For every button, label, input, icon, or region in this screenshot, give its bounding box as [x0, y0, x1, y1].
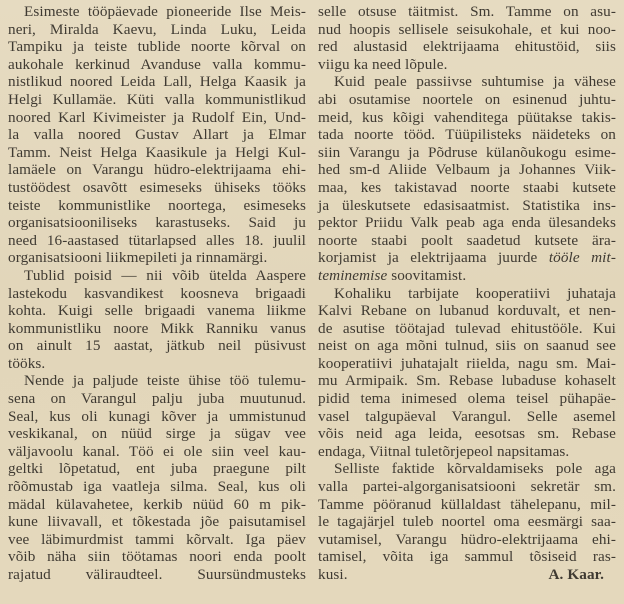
line-text: korjamist ja elektrijaama juurde: [318, 249, 537, 266]
text-line: pektor Priidu Valk peab aga enda ülesand…: [318, 214, 616, 232]
text-line: maa, kes takistavad noorte staabi kutset…: [318, 179, 616, 197]
line-text: lastekodu kasvandikest koosneva brigaadi: [8, 285, 306, 302]
line-text: abi osutamise noortele on esinenud juhtu…: [318, 91, 616, 108]
line-text: mädal külavahetee, kerkib nüüd 60 m pik-: [8, 496, 306, 513]
line-text: nistlikud noored Leida Lall, Helga Kaasi…: [8, 73, 306, 90]
text-line: rajatud väliraudteel. Suursündmusteks: [8, 566, 306, 584]
text-line: teiste kommunistlike noortega, esimeseks: [8, 197, 306, 215]
newspaper-page: Esimeste tööpäevade pioneeride Ilse Meis…: [0, 0, 624, 604]
text-line: rõõmustab iga vaatleja silma. Seal, kus …: [8, 478, 306, 496]
text-line: need 16-aastased tütarlapsed alles 18. j…: [8, 232, 306, 250]
line-text: kohta. Kuigi selle brigaadi vanema liikm…: [8, 302, 306, 319]
text-line: kooperatiivi juhatajalt riielda, nagu sm…: [318, 355, 616, 373]
text-line: la valla noored Gustav Allart ja Elmar: [8, 126, 306, 144]
line-text: Kohaliku tarbijate kooperatiivi juhataja: [334, 285, 616, 302]
line-text: Kalvi Rebane on lubanud korduvalt, et ne…: [318, 302, 616, 319]
text-line: selle otsuse täitmist. Sm. Tamme on asu-: [318, 3, 616, 21]
text-line: tööks.: [8, 355, 306, 373]
text-line: mädal külavahetee, kerkib nüüd 60 m pik-: [8, 496, 306, 514]
line-text: endaga, Viitnal tuletõrjepeol napsitamas…: [318, 443, 569, 460]
line-text: võis neid aga leida, eesotsas sm. Rebase: [318, 425, 616, 442]
line-text: le tagajärjel tuleb noortel oma eesmärgi…: [318, 513, 616, 530]
line-text: lamäele on Varangu hüdro-elektrijaama eh…: [8, 161, 306, 178]
line-text: aukohale kerkinud Avanduse valla kommu-: [8, 56, 306, 73]
line-text: vee läbimurdmist tammi kõrvalt. Iga päev: [8, 531, 306, 548]
line-text: soovitamist.: [387, 267, 466, 284]
line-text: valla partei-algorganisatsiooni sekretär…: [318, 478, 616, 495]
line-text: la valla noored Gustav Allart ja Elmar: [8, 126, 306, 143]
line-text: kooperatiivi juhatajalt riielda, nagu sm…: [318, 355, 616, 372]
text-line: abi osutamise noortele on esinenud juhtu…: [318, 91, 616, 109]
text-line: vee läbimurdmist tammi kõrvalt. Iga päev: [8, 531, 306, 549]
line-text: võib näha siin töötamas noori enda poolt: [8, 548, 306, 565]
text-line: sena on Varangul palju juba muutunud.: [8, 390, 306, 408]
line-text: Tublid poisid — nii võib ütelda Aaspere: [24, 267, 306, 284]
line-text: kusi.: [318, 566, 348, 583]
text-line: meid, kus kõigi vahenditega püütakse tak…: [318, 109, 616, 127]
line-text: Tamme pööranud küllaldast tähelepanu, mi…: [318, 496, 616, 513]
line-text: on ainult 15 aastat, jätkub neil püsivus…: [8, 337, 306, 354]
text-line: kusi.A. Kaar.: [318, 566, 616, 584]
line-text: organisatsiooniliseks karastuseks. Said …: [8, 214, 306, 231]
line-text: organisatsiooni liikmepileti ja rinnamär…: [8, 249, 267, 266]
text-line: siin Varangu ja Põdruse külanõukogu esim…: [318, 144, 616, 162]
line-text: noorte staabi poolt saadetud kutsete ära…: [318, 232, 616, 249]
line-text: pidid tema inimesed olema teisel pühapäe…: [318, 390, 616, 407]
line-text: Tamm. Neist Helga Kaasikule ja Helgi Kul…: [8, 144, 306, 161]
text-line: organisatsiooniliseks karastuseks. Said …: [8, 214, 306, 232]
article-column-right: selle otsuse täitmist. Sm. Tamme on asu-…: [318, 3, 616, 584]
text-line: Tamme pööranud küllaldast tähelepanu, mi…: [318, 496, 616, 514]
line-text: sena on Varangul palju juba muutunud.: [8, 390, 306, 407]
line-text: tamisel, võita iga sammul tõsiseid ras-: [318, 548, 616, 565]
text-line: on ainult 15 aastat, jätkub neil püsivus…: [8, 337, 306, 355]
text-line: hed sm-d Aliide Velbaum ja Johannes Viik…: [318, 161, 616, 179]
line-text: noored Karl Kivimeister ja Rudolf Ein, U…: [8, 109, 306, 126]
line-text: maa, kes takistavad noorte staabi kutset…: [318, 179, 616, 196]
line-text: rõõmustab iga vaatleja silma. Seal, kus …: [8, 478, 306, 495]
line-text: de asutise töötajad tulevad ehitustööle.…: [318, 320, 616, 337]
line-text: veskikanal, on nüüd sirge ja sügav vee: [8, 425, 306, 442]
text-line: red alustasid elektrijaama ehitustöid, s…: [318, 38, 616, 56]
line-text: siin Varangu ja Põdruse külanõukogu esim…: [318, 144, 616, 161]
line-text: tada noorte tööd. Tüüpilisteks näideteks…: [318, 126, 616, 143]
text-line: tamisel, võita iga sammul tõsiseid ras-: [318, 548, 616, 566]
text-line: lastekodu kasvandikest koosneva brigaadi: [8, 285, 306, 303]
text-line: noored Karl Kivimeister ja Rudolf Ein, U…: [8, 109, 306, 127]
line-text: Kuid peale passiivse suhtumise ja vähese: [334, 73, 616, 90]
text-line: kommunistliku noore Mikk Ranniku vanus: [8, 320, 306, 338]
line-text: Esimeste tööpäevade pioneeride Ilse Meis…: [24, 3, 306, 20]
text-line: tada noorte tööd. Tüüpilisteks näideteks…: [318, 126, 616, 144]
text-line: Seal, kus oli kunagi kõver ja ummistunud: [8, 408, 306, 426]
text-line: nud hoopis sellisele seisukohale, et kui…: [318, 21, 616, 39]
line-text: teiste kommunistlike noortega, esimeseks: [8, 197, 306, 214]
line-text: Seal, kus oli kunagi kõver ja ummistunud: [8, 408, 306, 425]
text-line: le tagajärjel tuleb noortel oma eesmärgi…: [318, 513, 616, 531]
author-signature: A. Kaar.: [548, 566, 604, 584]
text-line: geltki lõpetatud, ent juba praegune pilt: [8, 460, 306, 478]
text-line: organisatsiooni liikmepileti ja rinnamär…: [8, 249, 306, 267]
text-line: Nende ja paljude teiste ühise töö tulemu…: [8, 372, 306, 390]
text-line: neist on aga mõni tulnud, siis on saanud…: [318, 337, 616, 355]
text-line: Tampiku ja teiste tublide noorte kõrval …: [8, 38, 306, 56]
text-line: Kuid peale passiivse suhtumise ja vähese: [318, 73, 616, 91]
text-line: de asutise töötajad tulevad ehitustööle.…: [318, 320, 616, 338]
text-line: Kalvi Rebane on lubanud korduvalt, et ne…: [318, 302, 616, 320]
line-text: Nende ja paljude teiste ühise töö tulemu…: [24, 372, 306, 389]
text-line: lamäele on Varangu hüdro-elektrijaama eh…: [8, 161, 306, 179]
text-line: noorte staabi poolt saadetud kutsete ära…: [318, 232, 616, 250]
text-line: teminemise soovitamist.: [318, 267, 616, 285]
line-text: ja üleskutsete edasisaatmist. Statistika…: [318, 197, 616, 214]
text-line: neri, Miralda Kaevu, Linda Luku, Leida: [8, 21, 306, 39]
text-line: vutamisel, Varangu hüdro-elektrijaama eh…: [318, 531, 616, 549]
text-line: veskikanal, on nüüd sirge ja sügav vee: [8, 425, 306, 443]
text-line: kune liivavall, et tõkestada jõe paisuta…: [8, 513, 306, 531]
line-text: hed sm-d Aliide Velbaum ja Johannes Viik…: [318, 161, 616, 178]
text-line: aukohale kerkinud Avanduse valla kommu-: [8, 56, 306, 74]
line-text: vutamisel, Varangu hüdro-elektrijaama eh…: [318, 531, 616, 548]
line-text: Helgi Kullamäe. Küti valla kommunistliku…: [8, 91, 306, 108]
article-column-left: Esimeste tööpäevade pioneeride Ilse Meis…: [8, 3, 306, 584]
line-text: nud hoopis sellisele seisukohale, et kui…: [318, 21, 616, 38]
text-line: ja üleskutsete edasisaatmist. Statistika…: [318, 197, 616, 215]
line-text: viigu ka need lõpule.: [318, 56, 447, 73]
text-line: nistlikud noored Leida Lall, Helga Kaasi…: [8, 73, 306, 91]
line-text: kune liivavall, et tõkestada jõe paisuta…: [8, 513, 306, 530]
text-line: võis neid aga leida, eesotsas sm. Rebase: [318, 425, 616, 443]
text-line: kohta. Kuigi selle brigaadi vanema liikm…: [8, 302, 306, 320]
line-text: selle otsuse täitmist. Sm. Tamme on asu-: [318, 3, 616, 20]
line-text: red alustasid elektrijaama ehitustöid, s…: [318, 38, 616, 55]
text-line: tustöödest osavõtt esimeseks ühiseks töö…: [8, 179, 306, 197]
line-text: tustöödest osavõtt esimeseks ühiseks töö…: [8, 179, 306, 196]
line-text: Tampiku ja teiste tublide noorte kõrval …: [8, 38, 306, 55]
text-line: Tamm. Neist Helga Kaasikule ja Helgi Kul…: [8, 144, 306, 162]
text-line: Selliste faktide kõrvaldamiseks pole aga: [318, 460, 616, 478]
text-line: võib näha siin töötamas noori enda poolt: [8, 548, 306, 566]
text-line: Helgi Kullamäe. Küti valla kommunistliku…: [8, 91, 306, 109]
line-text: pektor Priidu Valk peab aga enda ülesand…: [318, 214, 616, 231]
text-line: pidid tema inimesed olema teisel pühapäe…: [318, 390, 616, 408]
text-line: väljavoolu kanal. Töö ei ole siin veel k…: [8, 443, 306, 461]
line-text: mu Armipaik. Sm. Rebase lubaduse kohasel…: [318, 372, 616, 389]
line-text: neri, Miralda Kaevu, Linda Luku, Leida: [8, 21, 306, 38]
line-text: need 16-aastased tütarlapsed alles 18. j…: [8, 232, 306, 249]
emphasis-text: tööle mit-: [549, 249, 616, 266]
text-line: endaga, Viitnal tuletõrjepeol napsitamas…: [318, 443, 616, 461]
text-line: korjamist ja elektrijaama juurde tööle m…: [318, 249, 616, 267]
text-line: mu Armipaik. Sm. Rebase lubaduse kohasel…: [318, 372, 616, 390]
line-text: vasel talgupäeval Varangul. Selle asemel: [318, 408, 616, 425]
line-text: kommunistliku noore Mikk Ranniku vanus: [8, 320, 306, 337]
emphasis-text: teminemise: [318, 267, 387, 284]
text-line: Esimeste tööpäevade pioneeride Ilse Meis…: [8, 3, 306, 21]
text-line: Tublid poisid — nii võib ütelda Aaspere: [8, 267, 306, 285]
line-text: Selliste faktide kõrvaldamiseks pole aga: [334, 460, 616, 477]
text-line: vasel talgupäeval Varangul. Selle asemel: [318, 408, 616, 426]
text-line: Kohaliku tarbijate kooperatiivi juhataja: [318, 285, 616, 303]
line-text: geltki lõpetatud, ent juba praegune pilt: [8, 460, 306, 477]
line-text: neist on aga mõni tulnud, siis on saanud…: [318, 337, 616, 354]
text-line: valla partei-algorganisatsiooni sekretär…: [318, 478, 616, 496]
line-text: väljavoolu kanal. Töö ei ole siin veel k…: [8, 443, 306, 460]
line-text: meid, kus kõigi vahenditega püütakse tak…: [318, 109, 616, 126]
text-line: viigu ka need lõpule.: [318, 56, 616, 74]
line-text: rajatud väliraudteel. Suursündmusteks: [8, 566, 306, 583]
line-text: tööks.: [8, 355, 45, 372]
